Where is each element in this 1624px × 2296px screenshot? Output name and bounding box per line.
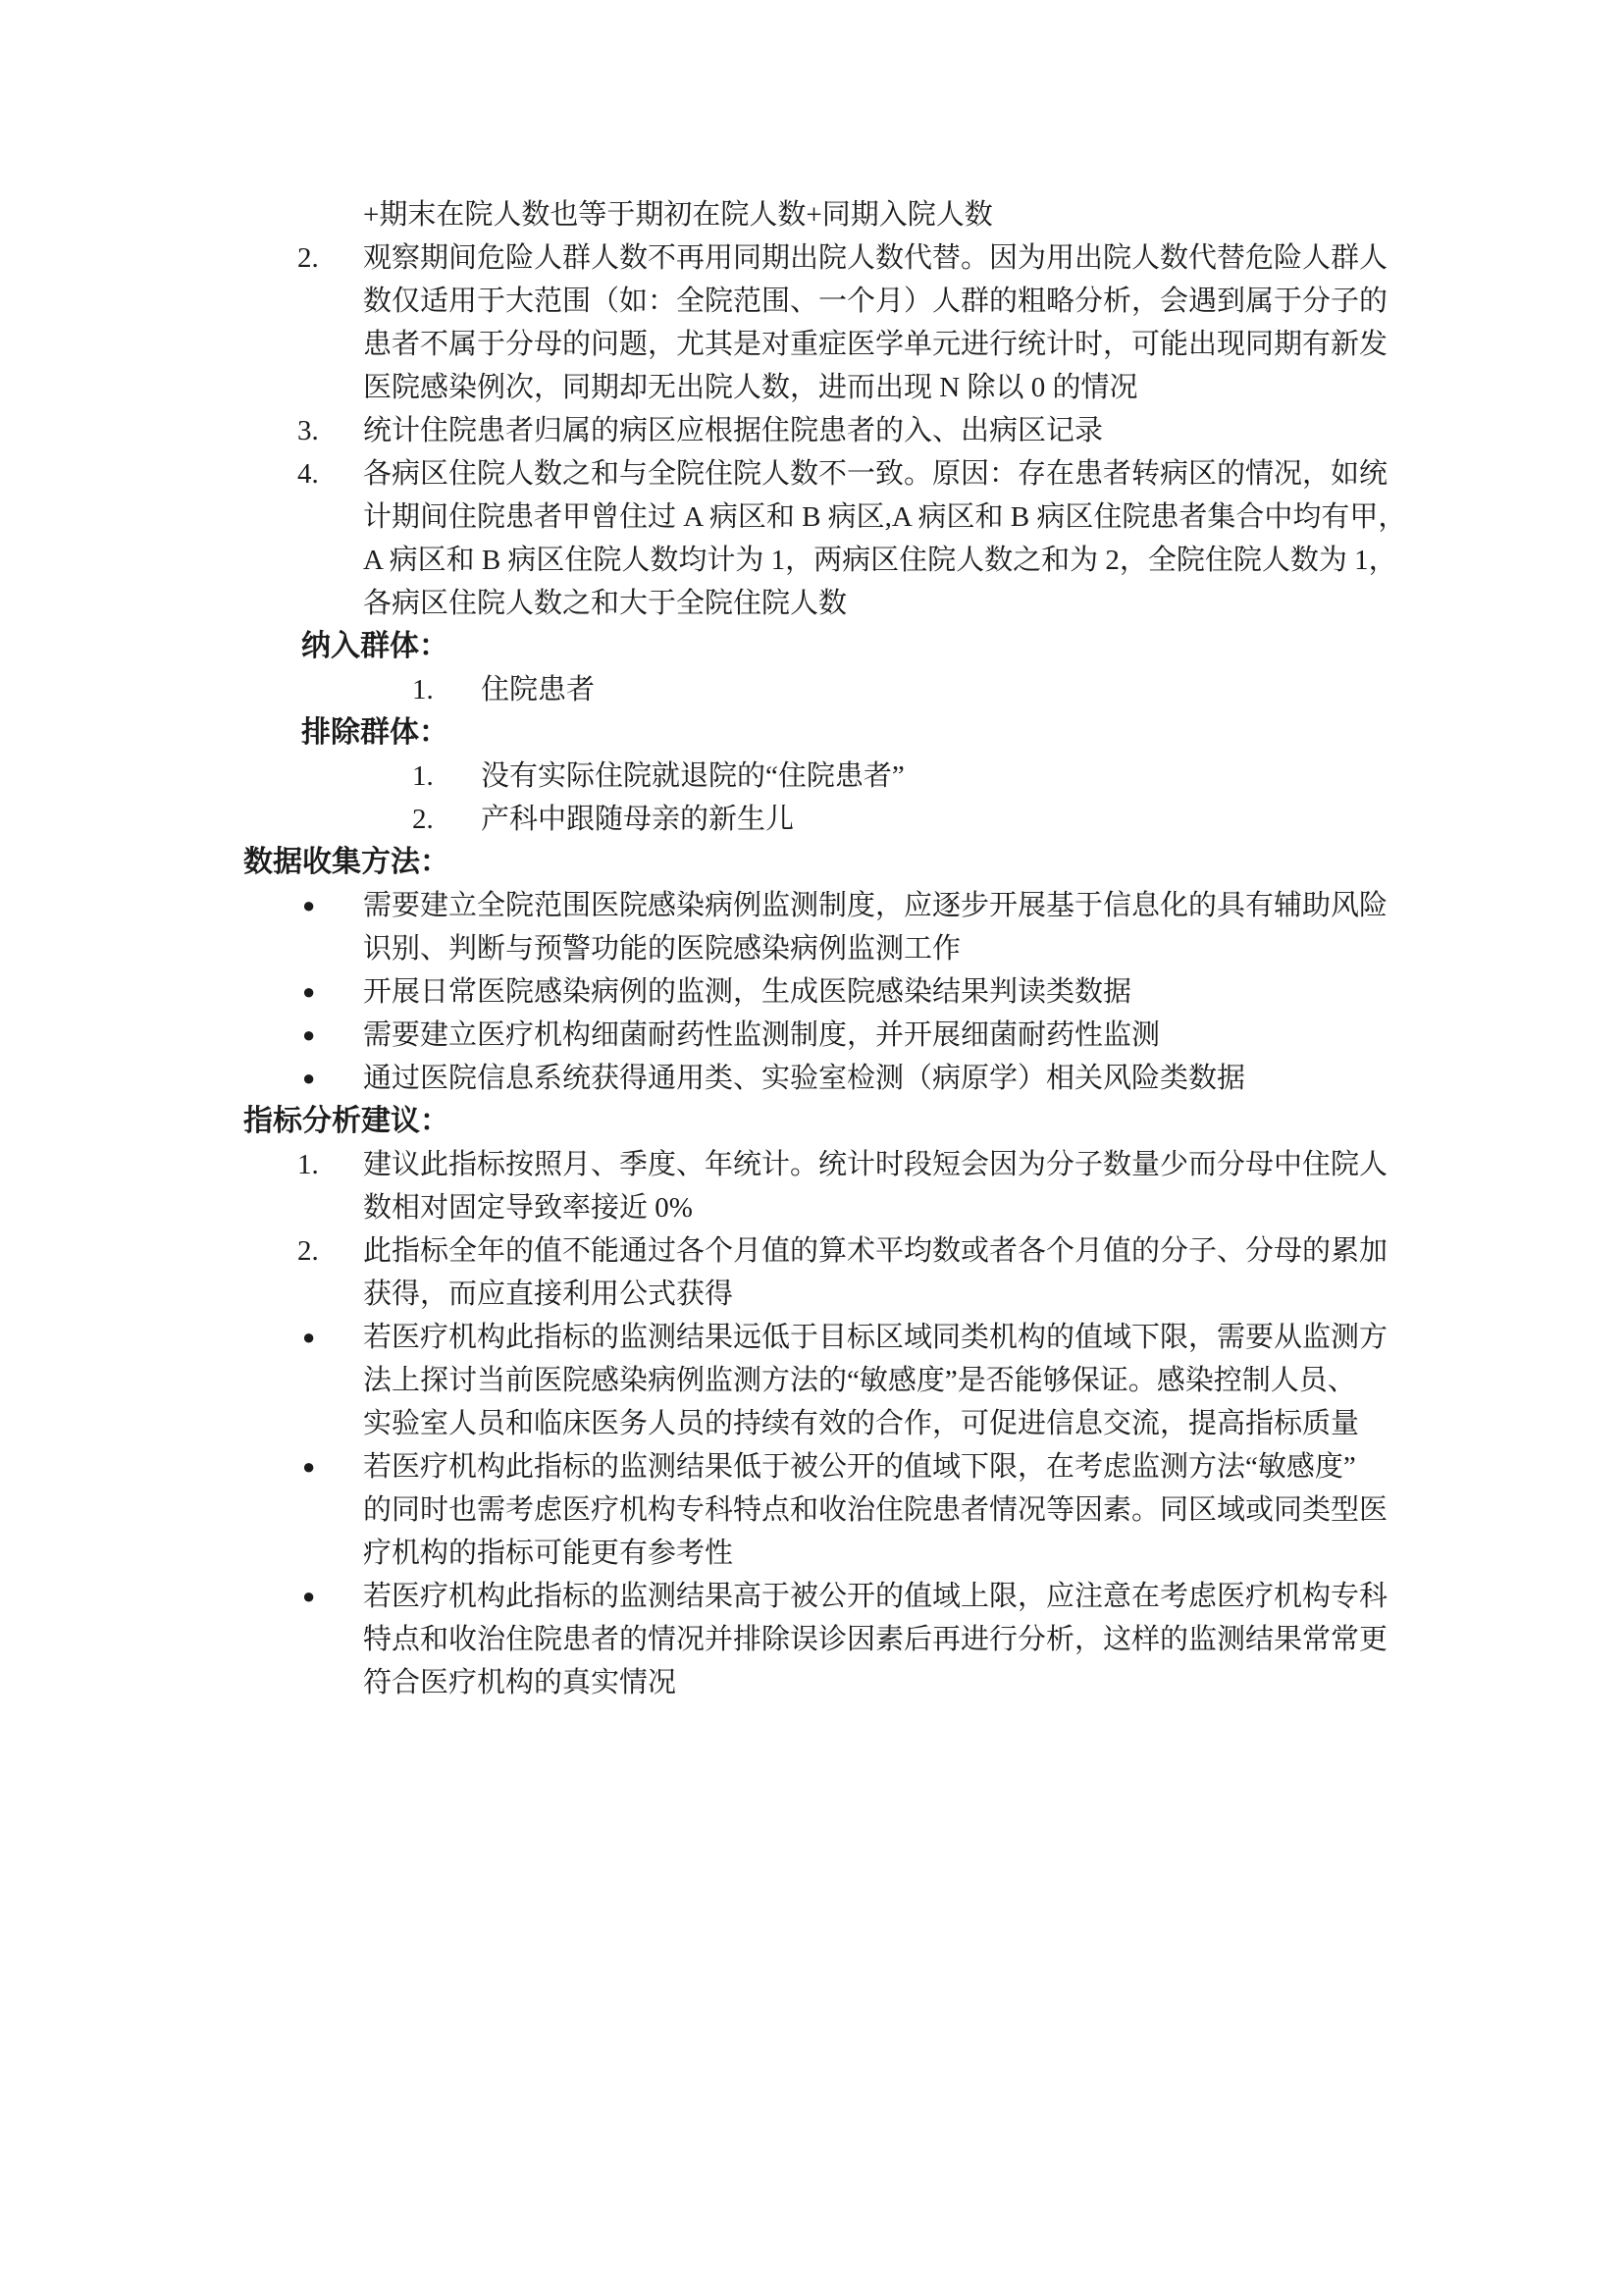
list-item-text: 通过医院信息系统获得通用类、实验室检测（病原学）相关风险类数据 — [363, 1063, 1245, 1094]
paragraph-continuation-line: 疗机构的指标可能更有参考性 — [363, 1532, 1624, 1575]
paragraph-continuation-line: 特点和收治住院患者的情况并排除误诊因素后再进行分析，这样的监测结果常常更 — [363, 1618, 1624, 1661]
list-number: 2. — [412, 798, 434, 841]
paragraph-continuation-line: A 病区和 B 病区住院人数均计为 1，两病区住院人数之和为 2，全院住院人数为… — [363, 539, 1624, 582]
list-number: 2. — [297, 1229, 319, 1273]
bullet-icon: ● — [302, 1316, 315, 1359]
section-heading-indicator-analysis: 指标分析建议： — [243, 1100, 1624, 1143]
bullet-icon: ● — [302, 1057, 315, 1100]
list-item-text: 开展日常医院感染病例的监测，生成医院感染结果判读类数据 — [363, 976, 1131, 1008]
list-number: 3. — [297, 409, 319, 452]
sub-list-item: 1. 没有实际住院就退院的“住院患者” — [481, 755, 1624, 798]
list-item-text: 需要建立医疗机构细菌耐药性监测制度，并开展细菌耐药性监测 — [363, 1019, 1160, 1051]
paragraph-continuation-line: 的同时也需考虑医疗机构专科特点和收治住院患者情况等因素。同区域或同类型医 — [363, 1488, 1624, 1532]
paragraph-continuation-line: 患者不属于分母的问题，尤其是对重症医学单元进行统计时，可能出现同期有新发 — [363, 323, 1624, 366]
list-number: 4. — [297, 452, 319, 496]
bullet-icon: ● — [302, 1575, 315, 1618]
paragraph-continuation-line: 各病区住院人数之和大于全院住院人数 — [363, 582, 1624, 625]
bulleted-list-item: ● 若医疗机构此指标的监测结果远低于目标区域同类机构的值域下限，需要从监测方 — [363, 1316, 1624, 1359]
list-number: 1. — [412, 755, 434, 798]
list-item-text: 建议此指标按照月、季度、年统计。统计时段短会因为分子数量少而分母中住院人 — [363, 1149, 1388, 1180]
bullet-icon: ● — [302, 1014, 315, 1057]
bullet-icon: ● — [302, 884, 315, 927]
numbered-list-item: 1. 建议此指标按照月、季度、年统计。统计时段短会因为分子数量少而分母中住院人 — [363, 1143, 1624, 1186]
numbered-list-item: 4. 各病区住院人数之和与全院住院人数不一致。原因：存在患者转病区的情况，如统 — [363, 452, 1624, 496]
list-item-text: 若医疗机构此指标的监测结果远低于目标区域同类机构的值域下限，需要从监测方 — [363, 1322, 1388, 1353]
list-item-text: 观察期间危险人群人数不再用同期出院人数代替。因为用出院人数代替危险人群人 — [363, 242, 1388, 274]
list-item-text: 此指标全年的值不能通过各个月值的算术平均数或者各个月值的分子、分母的累加 — [363, 1235, 1388, 1267]
paragraph-continuation-line: 获得，而应直接利用公式获得 — [363, 1273, 1624, 1316]
bulleted-list-item: ● 若医疗机构此指标的监测结果低于被公开的值域下限，在考虑监测方法“敏感度” — [363, 1445, 1624, 1488]
list-item-text: 各病区住院人数之和与全院住院人数不一致。原因：存在患者转病区的情况，如统 — [363, 458, 1388, 490]
document-content: +期末在院人数也等于期初在院人数+同期入院人数 2. 观察期间危险人群人数不再用… — [0, 193, 1624, 1704]
list-item-text: 统计住院患者归属的病区应根据住院患者的入、出病区记录 — [363, 415, 1103, 446]
bulleted-list-item: ● 需要建立医疗机构细菌耐药性监测制度，并开展细菌耐药性监测 — [363, 1014, 1624, 1057]
document-page: +期末在院人数也等于期初在院人数+同期入院人数 2. 观察期间危险人群人数不再用… — [0, 0, 1624, 2296]
paragraph-continuation-line: 实验室人员和临床医务人员的持续有效的合作，可促进信息交流，提高指标质量 — [363, 1402, 1624, 1445]
paragraph-continuation-line: +期末在院人数也等于期初在院人数+同期入院人数 — [363, 193, 1624, 236]
bullet-icon: ● — [302, 1445, 315, 1488]
sub-list-item: 1. 住院患者 — [481, 668, 1624, 711]
paragraph-continuation-line: 符合医疗机构的真实情况 — [363, 1661, 1624, 1704]
numbered-list-item: 3. 统计住院患者归属的病区应根据住院患者的入、出病区记录 — [363, 409, 1624, 452]
section-heading-excluded-population: 排除群体： — [301, 711, 1624, 755]
paragraph-continuation-line: 识别、判断与预警功能的医院感染病例监测工作 — [363, 927, 1624, 970]
paragraph-continuation-line: 医院感染例次，同期却无出院人数，进而出现 N 除以 0 的情况 — [363, 366, 1624, 409]
paragraph-continuation-line: 法上探讨当前医院感染病例监测方法的“敏感度”是否能够保证。感染控制人员、 — [363, 1359, 1624, 1402]
bullet-icon: ● — [302, 970, 315, 1014]
bulleted-list-item: ● 通过医院信息系统获得通用类、实验室检测（病原学）相关风险类数据 — [363, 1057, 1624, 1100]
bulleted-list-item: ● 若医疗机构此指标的监测结果高于被公开的值域上限，应注意在考虑医疗机构专科 — [363, 1575, 1624, 1618]
list-number: 1. — [297, 1143, 319, 1186]
list-item-text: 需要建立全院范围医院感染病例监测制度，应逐步开展基于信息化的具有辅助风险 — [363, 890, 1388, 921]
list-item-text: 没有实际住院就退院的“住院患者” — [481, 760, 905, 792]
list-number: 2. — [297, 236, 319, 280]
list-item-text: 若医疗机构此指标的监测结果高于被公开的值域上限，应注意在考虑医疗机构专科 — [363, 1581, 1388, 1612]
bulleted-list-item: ● 需要建立全院范围医院感染病例监测制度，应逐步开展基于信息化的具有辅助风险 — [363, 884, 1624, 927]
section-heading-included-population: 纳入群体： — [301, 625, 1624, 668]
list-item-text: 若医疗机构此指标的监测结果低于被公开的值域下限，在考虑监测方法“敏感度” — [363, 1451, 1356, 1483]
section-heading-data-collection: 数据收集方法： — [243, 841, 1624, 884]
bulleted-list-item: ● 开展日常医院感染病例的监测，生成医院感染结果判读类数据 — [363, 970, 1624, 1014]
list-item-text: 产科中跟随母亲的新生儿 — [481, 804, 794, 835]
numbered-list-item: 2. 观察期间危险人群人数不再用同期出院人数代替。因为用出院人数代替危险人群人 — [363, 236, 1624, 280]
sub-list-item: 2. 产科中跟随母亲的新生儿 — [481, 798, 1624, 841]
list-number: 1. — [412, 668, 434, 711]
paragraph-continuation-line: 数相对固定导致率接近 0% — [363, 1186, 1624, 1229]
numbered-list-item: 2. 此指标全年的值不能通过各个月值的算术平均数或者各个月值的分子、分母的累加 — [363, 1229, 1624, 1273]
paragraph-continuation-line: 计期间住院患者甲曾住过 A 病区和 B 病区,A 病区和 B 病区住院患者集合中… — [363, 496, 1624, 539]
paragraph-continuation-line: 数仅适用于大范围（如：全院范围、一个月）人群的粗略分析，会遇到属于分子的 — [363, 280, 1624, 323]
list-item-text: 住院患者 — [481, 674, 595, 705]
